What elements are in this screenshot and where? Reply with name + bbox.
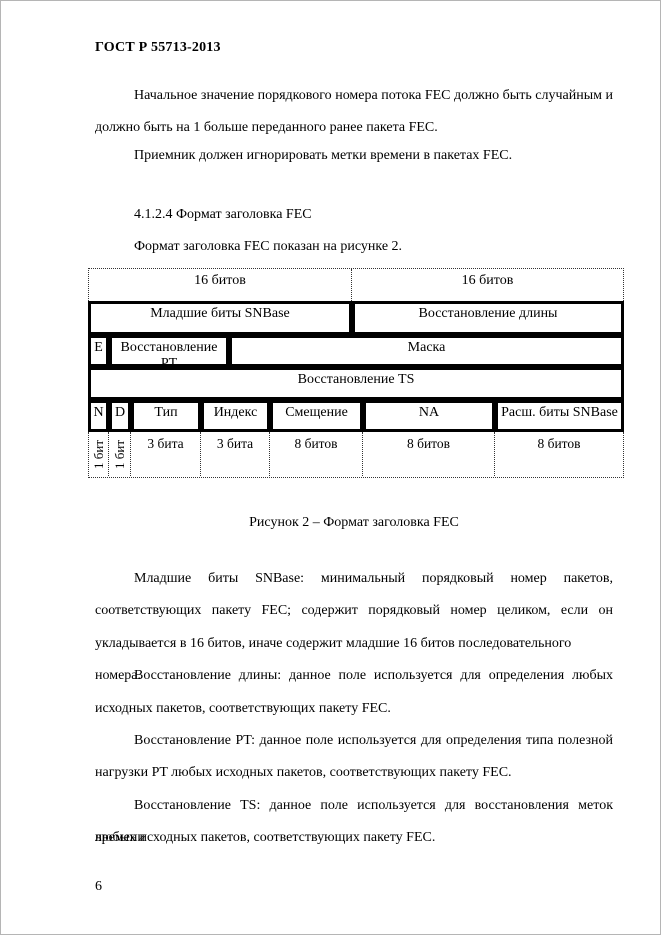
size-cell-d: 1 бит: [109, 432, 131, 476]
size-cell-na: 8 битов: [363, 432, 495, 476]
cell-offset: Смещение: [270, 400, 363, 432]
paragraph-line: укладывается в 16 битов, иначе содержит …: [95, 628, 613, 660]
paragraph-fec-sequence: Начальное значение порядкового номера по…: [95, 80, 613, 145]
fec-header-format-figure: 16 битов 16 битов Младшие биты SNBase Во…: [88, 268, 624, 478]
cell-na: NA: [363, 400, 495, 432]
cell-n-flag: N: [88, 400, 109, 432]
cell-ts-recovery: Восстановление TS: [88, 367, 624, 400]
bit-width-header-row: 16 битов 16 битов: [88, 268, 624, 301]
cell-d-flag: D: [109, 400, 131, 432]
cell-pt-recovery: Восстановление PT: [109, 335, 229, 367]
paragraph-line: любых исходных пакетов, соответствующих …: [95, 822, 613, 854]
bit-width-cell-right: 16 битов: [352, 269, 623, 301]
paragraph-receiver: Приемник должен игнорировать метки време…: [95, 140, 613, 172]
cell-type: Тип: [131, 400, 201, 432]
paragraph-line: Восстановление TS: данное поле используе…: [95, 790, 613, 822]
row-field-sizes: 1 бит 1 бит 3 бита 3 бита 8 битов 8 бито…: [88, 432, 624, 478]
size-cell-offset: 8 битов: [270, 432, 363, 476]
row-field-names: N D Тип Индекс Смещение NA Расш. биты SN…: [88, 400, 624, 432]
cell-snbase-low-bits: Младшие биты SNBase: [88, 301, 352, 335]
document-page: ГОСТ Р 55713-2013 Начальное значение пор…: [0, 0, 661, 935]
row-ts-recovery: Восстановление TS: [88, 367, 624, 400]
paragraph-line: Формат заголовка FEC показан на рисунке …: [95, 231, 613, 263]
field-descriptions: Младшие биты SNBase: минимальный порядко…: [95, 563, 613, 855]
paragraph-line: Начальное значение порядкового номера по…: [95, 80, 613, 112]
doc-header: ГОСТ Р 55713-2013: [95, 34, 613, 62]
size-cell-ext-snbase: 8 битов: [495, 432, 623, 476]
paragraph-line: Приемник должен игнорировать метки време…: [95, 140, 613, 172]
size-cell-index: 3 бита: [201, 432, 270, 476]
figure-caption: Рисунок 2 – Формат заголовка FEC: [95, 507, 613, 539]
bit-width-cell-left: 16 битов: [89, 269, 352, 301]
paragraph-line: нагрузки PT любых исходных пакетов, соот…: [95, 757, 613, 789]
section-heading: 4.1.2.4 Формат заголовка FEC: [95, 199, 613, 231]
size-cell-type: 3 бита: [131, 432, 201, 476]
cell-ext-snbase-bits: Расш. биты SNBase: [495, 400, 624, 432]
cell-e-flag: E: [88, 335, 109, 367]
row-e-pt-mask: E Восстановление PT Маска: [88, 335, 624, 367]
paragraph-line: Восстановление PT: данное поле используе…: [95, 725, 613, 757]
paragraph-figure-lead: Формат заголовка FEC показан на рисунке …: [95, 231, 613, 263]
cell-length-recovery: Восстановление длины: [352, 301, 624, 335]
cell-index: Индекс: [201, 400, 270, 432]
cell-mask: Маска: [229, 335, 624, 367]
row-snbase-length: Младшие биты SNBase Восстановление длины: [88, 301, 624, 335]
paragraph-line: соответствующих пакету FEC; содержит пор…: [95, 595, 613, 627]
paragraph-line: Младшие биты SNBase: минимальный порядко…: [95, 563, 613, 595]
paragraph-line: Восстановление длины: данное поле исполь…: [95, 660, 613, 692]
vertical-size-label: 1 бит: [92, 439, 105, 468]
heading-line: 4.1.2.4 Формат заголовка FEC: [95, 199, 613, 231]
paragraph-line: исходных пакетов, соответствующих пакету…: [95, 693, 613, 725]
vertical-size-label: 1 бит: [113, 439, 126, 468]
page-number: 6: [95, 873, 613, 901]
size-cell-n: 1 бит: [89, 432, 109, 476]
